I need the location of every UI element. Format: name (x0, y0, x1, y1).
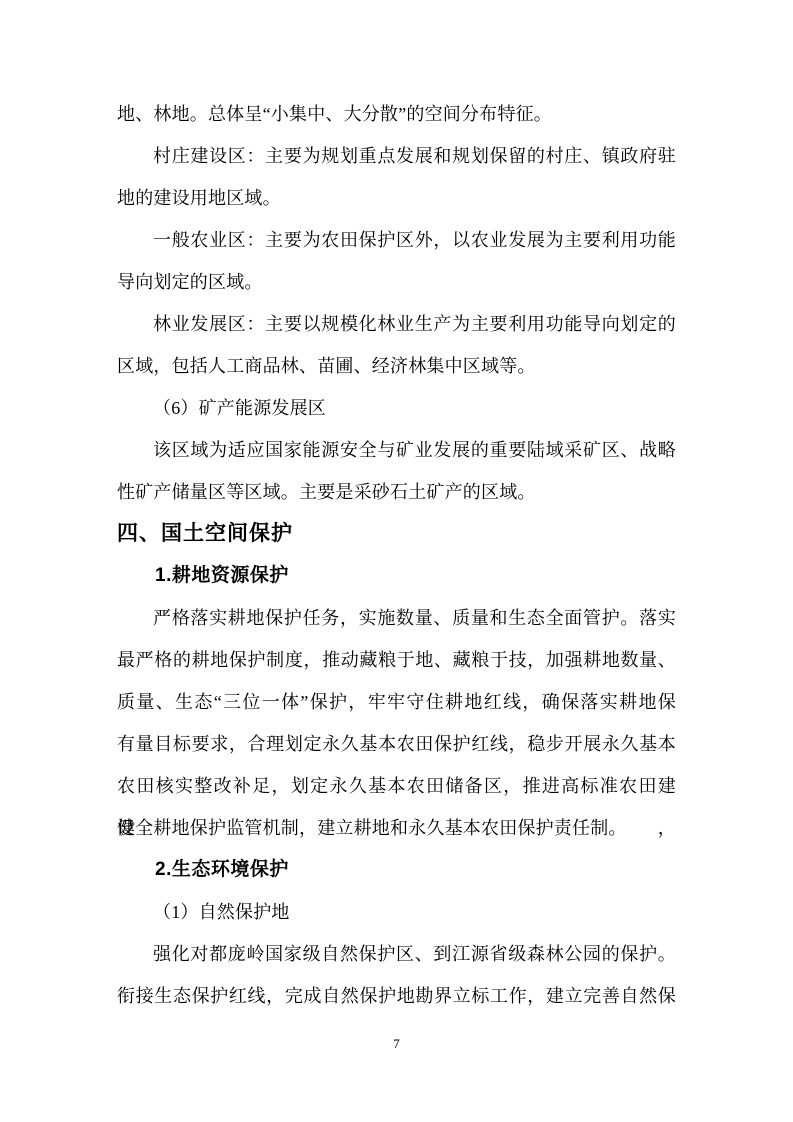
text-line: 区域，包括人工商品林、苗圃、经济林集中区域等。 (117, 345, 676, 387)
paragraph: 该区域为适应国家能源安全与矿业发展的重要陆域采矿区、战略性矿产储量区等区域。主要… (117, 429, 676, 513)
text-line: 2.生态环境保护 (117, 849, 676, 891)
text-line: 导向划定的区域。 (117, 261, 676, 303)
text-line: 严格落实耕地保护任务，实施数量、质量和生态全面管护。落实 (117, 597, 676, 639)
text-line: （1）自然保护地 (117, 891, 676, 933)
paragraph: （1）自然保护地 (117, 891, 676, 933)
text-line: 农田核实整改补足，划定永久基本农田储备区，推进高标准农田建设， (117, 765, 676, 807)
text-line: 该区域为适应国家能源安全与矿业发展的重要陆域采矿区、战略 (117, 429, 676, 471)
text-line: 最严格的耕地保护制度，推动藏粮于地、藏粮于技，加强耕地数量、 (117, 639, 676, 681)
paragraph: 严格落实耕地保护任务，实施数量、质量和生态全面管护。落实最严格的耕地保护制度，推… (117, 597, 676, 849)
text-line: 一般农业区：主要为农田保护区外，以农业发展为主要利用功能 (117, 219, 676, 261)
paragraph: 一般农业区：主要为农田保护区外，以农业发展为主要利用功能导向划定的区域。 (117, 219, 676, 303)
text-line: 有量目标要求，合理划定永久基本农田保护红线，稳步开展永久基本 (117, 723, 676, 765)
paragraph: 强化对都庞岭国家级自然保护区、到江源省级森林公园的保护。衔接生态保护红线，完成自… (117, 933, 676, 1017)
text-line: 地、林地。总体呈“小集中、大分散”的空间分布特征。 (117, 93, 676, 135)
text-line: 1.耕地资源保护 (117, 555, 676, 597)
text-line: 四、国土空间保护 (117, 513, 676, 555)
paragraph: （6）矿产能源发展区 (117, 387, 676, 429)
page-footer: 7 (0, 1034, 793, 1054)
document-body: 地、林地。总体呈“小集中、大分散”的空间分布特征。村庄建设区：主要为规划重点发展… (117, 93, 676, 1017)
section-heading: 2.生态环境保护 (117, 849, 676, 891)
section-heading: 1.耕地资源保护 (117, 555, 676, 597)
document-page: 地、林地。总体呈“小集中、大分散”的空间分布特征。村庄建设区：主要为规划重点发展… (0, 0, 793, 1122)
section-heading: 四、国土空间保护 (117, 513, 676, 555)
paragraph: 村庄建设区：主要为规划重点发展和规划保留的村庄、镇政府驻地的建设用地区域。 (117, 135, 676, 219)
text-line: 质量、生态“三位一体”保护，牢牢守住耕地红线，确保落实耕地保 (117, 681, 676, 723)
text-line: （6）矿产能源发展区 (117, 387, 676, 429)
paragraph: 林业发展区：主要以规模化林业生产为主要利用功能导向划定的区域，包括人工商品林、苗… (117, 303, 676, 387)
text-line: 地的建设用地区域。 (117, 177, 676, 219)
paragraph: 地、林地。总体呈“小集中、大分散”的空间分布特征。 (117, 93, 676, 135)
text-line: 强化对都庞岭国家级自然保护区、到江源省级森林公园的保护。 (117, 933, 676, 975)
text-line: 林业发展区：主要以规模化林业生产为主要利用功能导向划定的 (117, 303, 676, 345)
text-line: 健全耕地保护监管机制，建立耕地和永久基本农田保护责任制。 (117, 807, 676, 849)
text-line: 村庄建设区：主要为规划重点发展和规划保留的村庄、镇政府驻 (117, 135, 676, 177)
text-line: 性矿产储量区等区域。主要是采砂石土矿产的区域。 (117, 471, 676, 513)
page-number: 7 (393, 1036, 400, 1051)
text-line: 衔接生态保护红线，完成自然保护地勘界立标工作，建立完善自然保 (117, 975, 676, 1017)
